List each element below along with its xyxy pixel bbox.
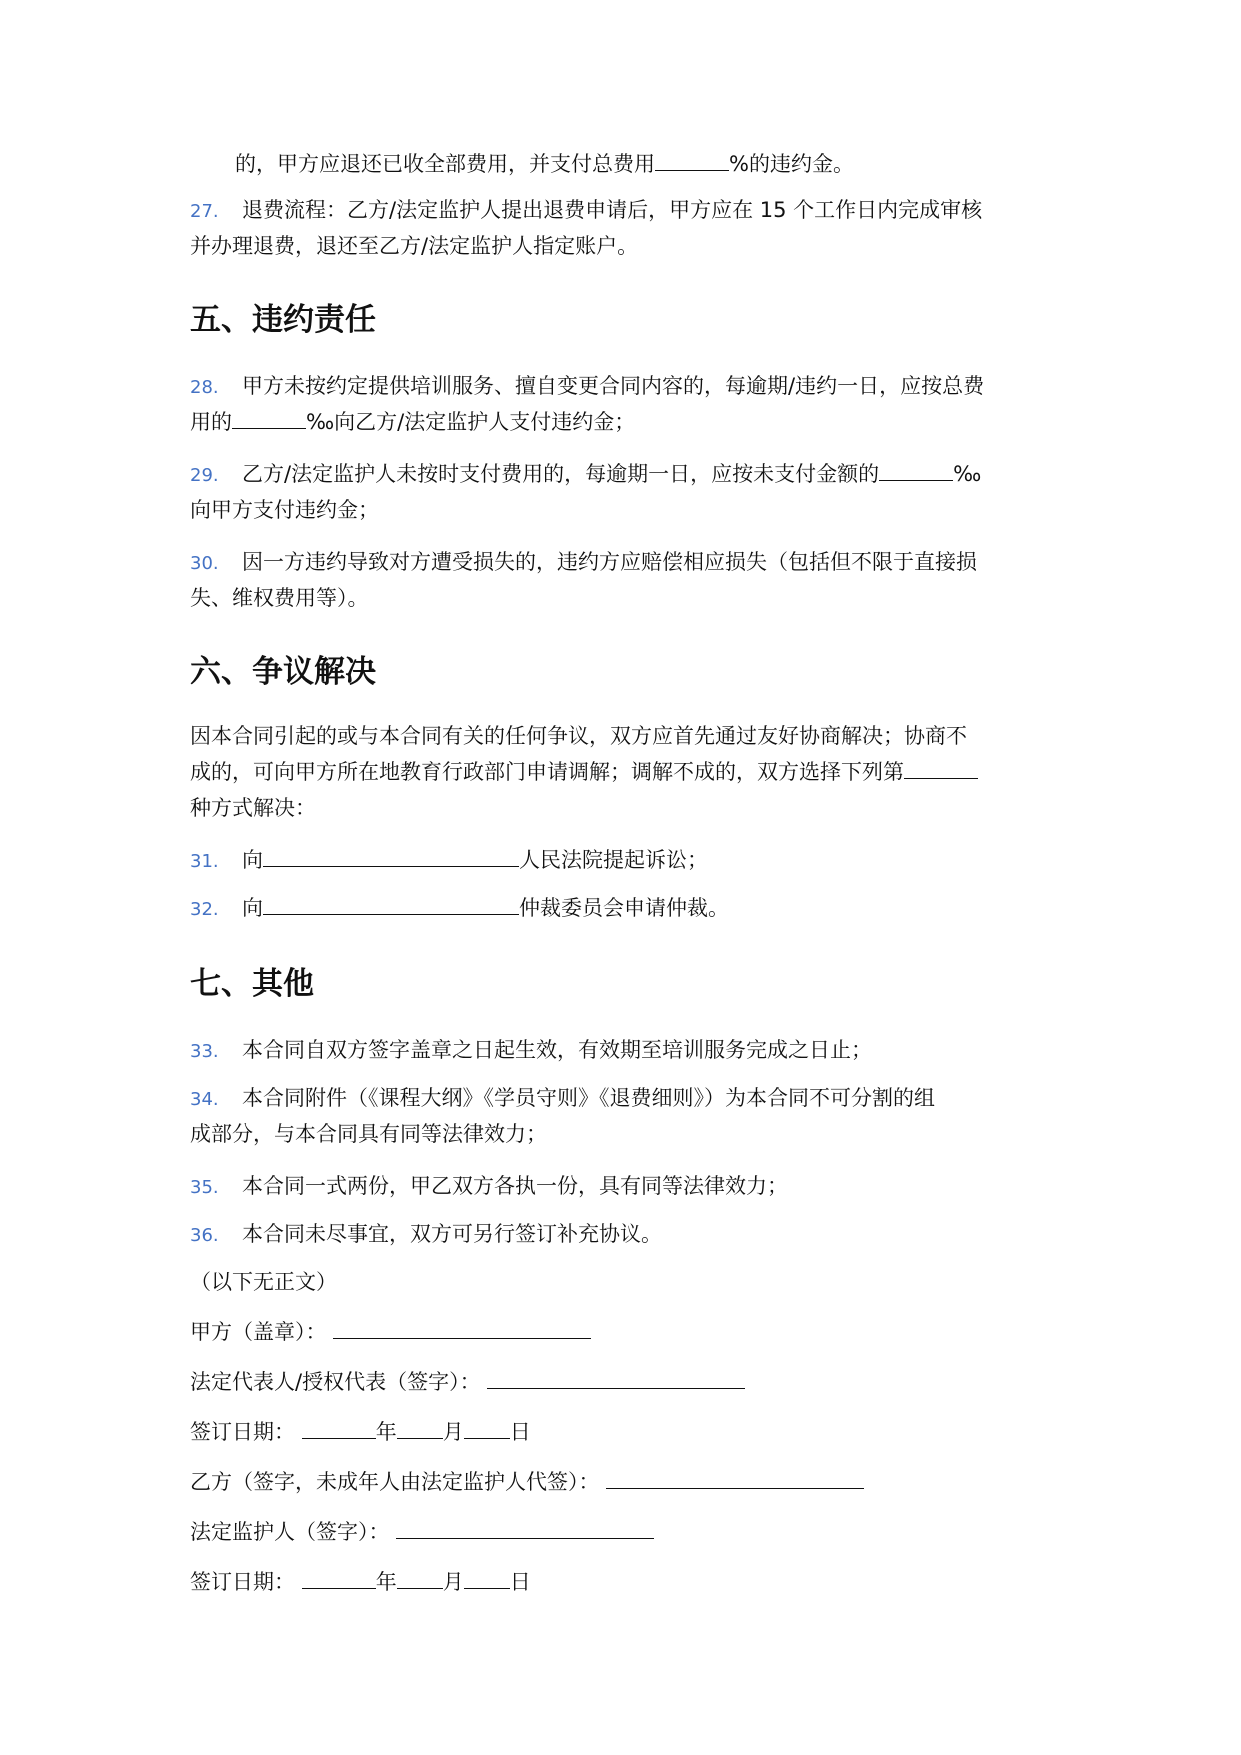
signature-field[interactable] — [333, 1318, 591, 1339]
blank-field[interactable] — [904, 758, 978, 779]
section-title: 五、违约责任 — [190, 300, 376, 340]
dispute-paragraph: 因本合同引起的或与本合同有关的任何争议，双方应首先通过友好协商解决；协商不 — [190, 722, 967, 750]
month-field[interactable] — [397, 1568, 443, 1589]
clause-27: 27.退费流程：乙方/法定监护人提出退费申请后，甲方应在 15 个工作日内完成审… — [190, 196, 982, 226]
clause-26-tail: 的，甲方应退还已收全部费用，并支付总费用%的违约金。 — [235, 150, 854, 178]
signature-field[interactable] — [396, 1518, 654, 1539]
signature-party-b: 乙方（签字，未成年人由法定监护人代签）： — [190, 1468, 864, 1496]
year-field[interactable] — [302, 1568, 376, 1589]
sign-date-b: 签订日期： 年月日 — [190, 1568, 531, 1596]
year-field[interactable] — [302, 1418, 376, 1439]
clause-28: 28.甲方未按约定提供培训服务、擅自变更合同内容的，每逾期/违约一日，应按总费 — [190, 372, 984, 402]
day-field[interactable] — [464, 1418, 510, 1439]
month-field[interactable] — [397, 1418, 443, 1439]
blank-field[interactable] — [879, 460, 953, 481]
blank-field[interactable] — [232, 408, 306, 429]
signature-field[interactable] — [606, 1468, 864, 1489]
blank-field[interactable] — [263, 846, 519, 867]
signature-party-a: 甲方（盖章）： — [190, 1318, 591, 1346]
section-title: 七、其他 — [190, 964, 314, 1004]
clause-36: 36.本合同未尽事宜，双方可另行签订补充协议。 — [190, 1220, 662, 1250]
clause-29: 29.乙方/法定监护人未按时支付费用的，每逾期一日，应按未支付金额的‰ — [190, 460, 981, 490]
clause-30: 30.因一方违约导致对方遭受损失的，违约方应赔偿相应损失（包括但不限于直接损 — [190, 548, 977, 578]
clause-32: 32.向仲裁委员会申请仲裁。 — [190, 894, 729, 924]
signature-field[interactable] — [487, 1368, 745, 1389]
blank-field[interactable] — [655, 150, 729, 171]
clause-33: 33.本合同自双方签字盖章之日起生效，有效期至培训服务完成之日止； — [190, 1036, 872, 1066]
clause-31: 31.向人民法院提起诉讼； — [190, 846, 708, 876]
blank-field[interactable] — [263, 894, 519, 915]
sign-date-a: 签订日期： 年月日 — [190, 1418, 531, 1446]
clause-34: 34.本合同附件（《课程大纲》《学员守则》《退费细则》）为本合同不可分割的组 — [190, 1084, 935, 1114]
end-note: （以下无正文） — [190, 1268, 337, 1296]
day-field[interactable] — [464, 1568, 510, 1589]
clause-35: 35.本合同一式两份，甲乙双方各执一份，具有同等法律效力； — [190, 1172, 788, 1202]
signature-guardian: 法定监护人（签字）： — [190, 1518, 654, 1546]
signature-legal-rep: 法定代表人/授权代表（签字）： — [190, 1368, 745, 1396]
section-title: 六、争议解决 — [190, 652, 376, 692]
